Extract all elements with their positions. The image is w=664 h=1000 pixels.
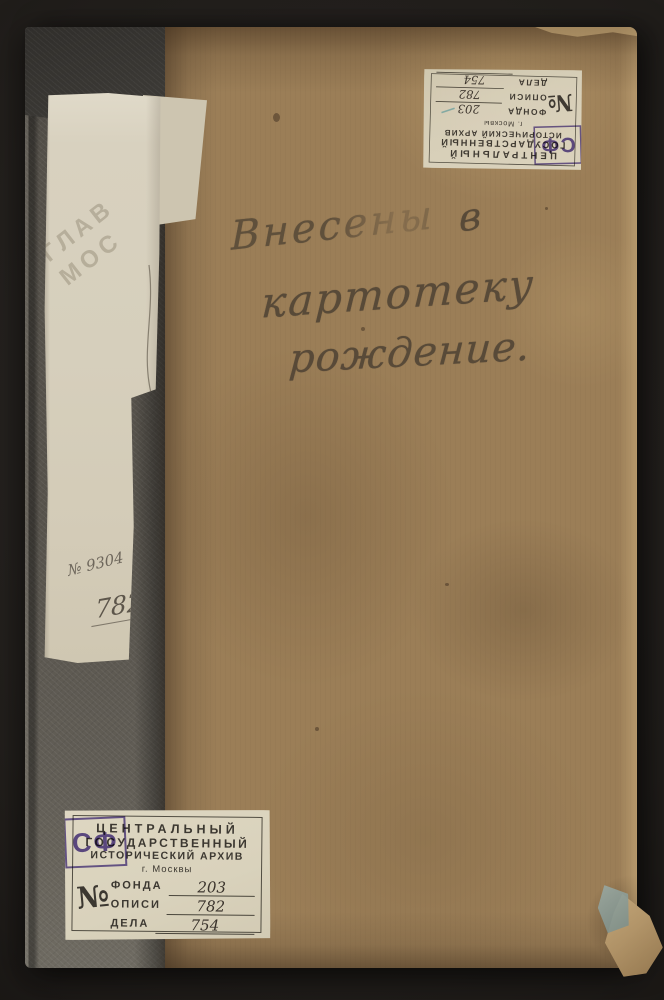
label-row-opis-value: 782 <box>436 86 504 100</box>
cover-speck <box>273 113 280 122</box>
label-reference-rows: ФОНДА 203 ОПИСИ 782 ДЕЛА 754 <box>110 874 255 933</box>
cover-speck <box>545 207 548 210</box>
handwriting-line1-word2: в <box>459 193 481 241</box>
label-row-opis-caption: ОПИСИ <box>508 90 547 102</box>
cover-speck <box>361 327 365 331</box>
numero-sign: № <box>75 879 111 917</box>
label-row-fond-caption: ФОНДА <box>506 104 546 116</box>
cover-speck <box>315 727 319 731</box>
label-row-delo-caption: ДЕЛА <box>517 75 547 87</box>
sf-stamp: СФ <box>63 816 127 869</box>
label-row-fond: ФОНДА 203 <box>111 874 255 895</box>
label-row-delo-value: 754 <box>436 72 513 86</box>
label-row-fond-value: 203 <box>168 880 254 897</box>
numero-sign: № <box>547 88 574 117</box>
archive-book-cover: ГЛАВ МОС № 9304 782 Внесены в картотеку … <box>25 27 637 968</box>
label-row-delo-caption: ДЕЛА <box>110 917 149 931</box>
label-row-opis-caption: ОПИСИ <box>111 898 161 913</box>
label-row-fond-caption: ФОНДА <box>111 879 163 894</box>
cover-speck <box>445 583 449 586</box>
cover-top-tear <box>535 27 637 40</box>
label-reference-rows: ФОНДА 203 ОПИСИ 782 ДЕЛА 754 <box>435 73 547 120</box>
archive-label-bottom: ЦЕНТРАЛЬНЫЙ ГОСУДАРСТВЕННЫЙ ИСТОРИЧЕСКИЙ… <box>62 808 271 942</box>
label-row-opis-value: 782 <box>167 899 255 916</box>
label-row-delo-value: 754 <box>155 918 254 935</box>
archive-label-top: ЦЕНТРАЛЬНЫЙ ГОСУДАРСТВЕННЫЙ ИСТОРИЧЕСКИЙ… <box>422 66 585 172</box>
photo-backdrop: ГЛАВ МОС № 9304 782 Внесены в картотеку … <box>0 0 664 1000</box>
sf-stamp: СФ <box>533 125 582 165</box>
